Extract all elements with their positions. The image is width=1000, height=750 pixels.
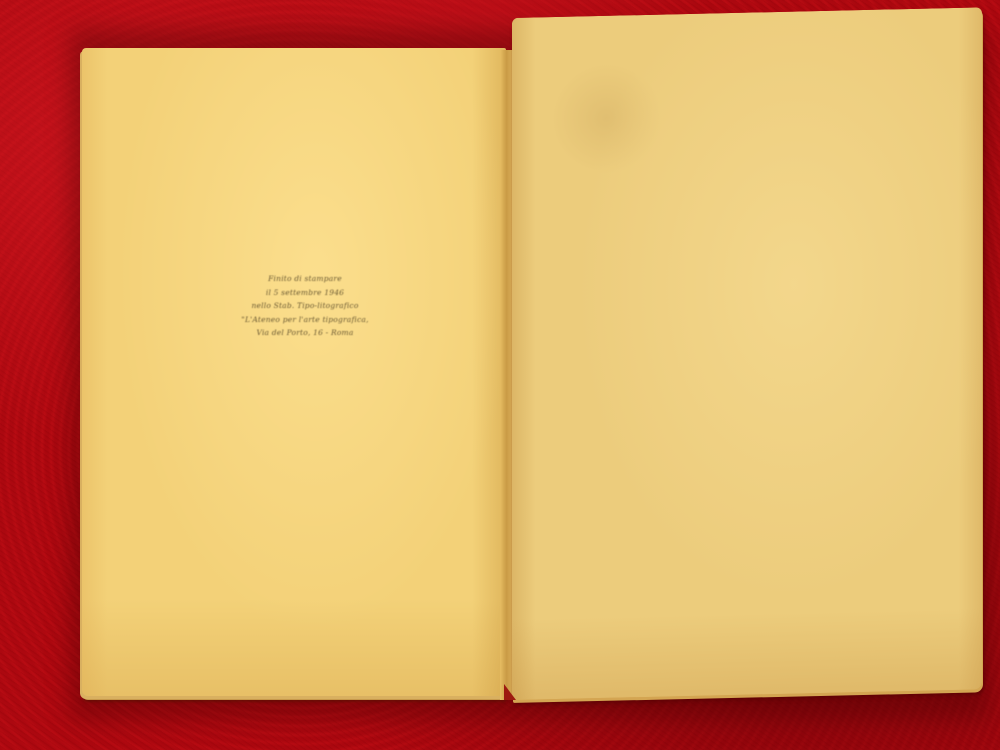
- colophon-line: il 5 settembre 1946: [230, 286, 380, 300]
- colophon-line: Finito di stampare: [230, 272, 380, 286]
- colophon-line: Via del Porto, 16 - Roma: [230, 326, 380, 340]
- colophon-line: nello Stab. Tipo-litografico: [230, 299, 380, 313]
- colophon-line: "L'Ateneo per l'arte tipografica,: [230, 313, 380, 327]
- colophon-text: Finito di stampare il 5 settembre 1946 n…: [230, 272, 380, 340]
- photo-scene: { "scene": { "description": "Open old bo…: [0, 0, 1000, 750]
- right-page-endpaper: [512, 7, 982, 700]
- left-page: [82, 48, 506, 696]
